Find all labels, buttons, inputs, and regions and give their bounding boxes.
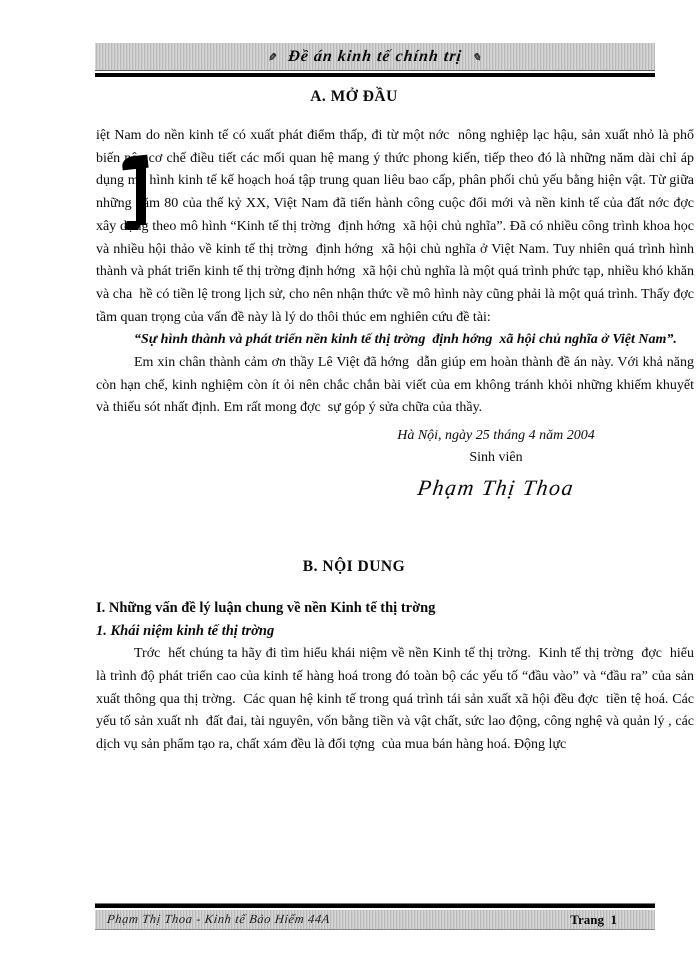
footer-band: Phạm Thị Thoa - Kinh tế Bảo Hiểm 44A Tra… (95, 910, 655, 930)
signer-role: Sinh viên (336, 447, 656, 469)
header-title: ✎Đề án kinh tế chính trị✎ (257, 48, 493, 66)
market-concept-paragraph: Trớc hết chúng ta hãy đi tìm hiểu khái n… (96, 643, 694, 757)
thanks-paragraph: Em xin chân thành cảm ơn thầy Lê Việt đã… (96, 352, 694, 420)
topic-quote: “Sự hình thành và phát triển nền kinh tế… (96, 329, 694, 352)
document-page: ✎Đề án kinh tế chính trị✎ A. MỞ ĐẦU iệt … (0, 0, 700, 960)
signature-block: Hà Nội, ngày 25 tháng 4 năm 2004 Sinh vi… (336, 425, 656, 501)
document-body: A. MỞ ĐẦU iệt Nam do nền kinh tế có xuất… (96, 88, 694, 757)
pen-ornament-left-icon: ✎ (267, 51, 279, 64)
footer-page-number: Trang 1 (570, 912, 617, 928)
page-footer: Phạm Thị Thoa - Kinh tế Bảo Hiểm 44A Tra… (95, 903, 655, 930)
header-band: ✎Đề án kinh tế chính trị✎ (95, 43, 655, 71)
footer-rule (95, 903, 655, 908)
page-header: ✎Đề án kinh tế chính trị✎ (95, 43, 655, 77)
section-a-title: A. MỞ ĐẦU (96, 88, 612, 106)
heading-roman-i: I. Những vấn đề lý luận chung về nền Kin… (96, 597, 694, 620)
header-title-text: Đề án kinh tế chính trị (287, 48, 462, 65)
section-b-title: B. NỘI DUNG (96, 558, 612, 576)
header-rule (95, 73, 655, 77)
signature-name: Phạm Thị Thoa (334, 475, 658, 501)
intro-paragraph: iệt Nam do nền kinh tế có xuất phát điểm… (96, 125, 694, 329)
pen-ornament-right-icon: ✎ (471, 52, 482, 64)
heading-sub-1: 1. Khái niệm kinh tế thị trờng (96, 620, 694, 643)
date-line: Hà Nội, ngày 25 tháng 4 năm 2004 (336, 425, 656, 447)
footer-author: Phạm Thị Thoa - Kinh tế Bảo Hiểm 44A (94, 912, 331, 927)
